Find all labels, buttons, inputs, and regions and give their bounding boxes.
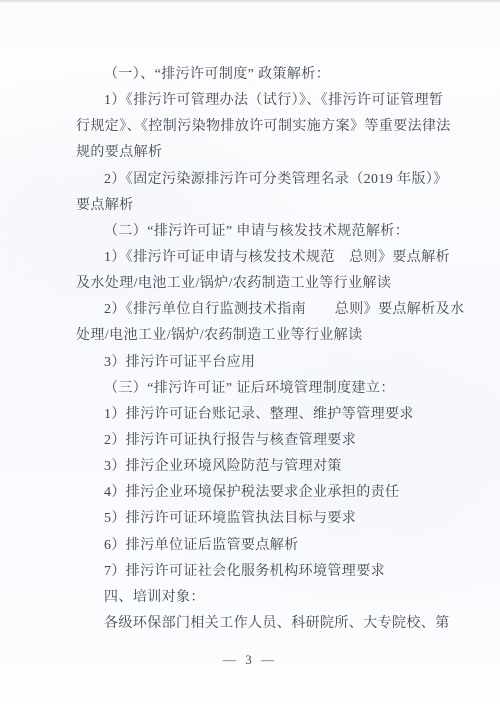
text-line: 6）排污单位证后监管要点解析 [76,533,456,559]
text-line: 行规定》、《控制污染物排放许可制实施方案》等重要法律法 [76,114,456,140]
text-line: （一）、“排污许可制度” 政策解析： [76,62,456,88]
text-line: 1）《排污许可证申请与核发技术规范 总则》要点解析 [76,245,456,271]
text-line: （三）“排污许可证” 证后环境管理制度建立： [76,376,456,402]
text-line: 1）排污许可证台账记录、整理、维护等管理要求 [76,402,456,428]
page-number: — 3 — [0,652,500,668]
text-line: 3）排污企业环境风险防范与管理对策 [76,454,456,480]
text-line: 1）《排污许可管理办法（试行）》、《排污许可证管理暂 [76,88,456,114]
text-line: （二）“排污许可证” 申请与核发技术规范解析： [76,219,456,245]
text-line: 及水处理/电池工业/锅炉/农药制造工业等行业解读 [76,271,456,297]
text-line: 四、培训对象： [76,585,456,611]
text-line: 要点解析 [76,193,456,219]
text-line: 5）排污许可证环境监管执法目标与要求 [76,506,456,532]
text-line: 2）《排污单位自行监测技术指南 总则》要点解析及水 [76,297,456,323]
text-line: 2）《固定污染源排污许可分类管理名录（2019 年版）》 [76,167,456,193]
text-line: 3）排污许可证平台应用 [76,350,456,376]
text-line: 规的要点解析 [76,140,456,166]
text-line: 2）排污许可证执行报告与核查管理要求 [76,428,456,454]
document-body: （一）、“排污许可制度” 政策解析：1）《排污许可管理办法（试行）》、《排污许可… [76,62,456,637]
scanned-page: （一）、“排污许可制度” 政策解析：1）《排污许可管理办法（试行）》、《排污许可… [0,0,500,707]
text-line: 处理/电池工业/锅炉/农药制造工业等行业解读 [76,323,456,349]
text-line: 7）排污许可证社会化服务机构环境管理要求 [76,559,456,585]
text-line: 4）排污企业环境保护税法要求企业承担的责任 [76,480,456,506]
text-line: 各级环保部门相关工作人员、科研院所、大专院校、第 [76,611,456,637]
